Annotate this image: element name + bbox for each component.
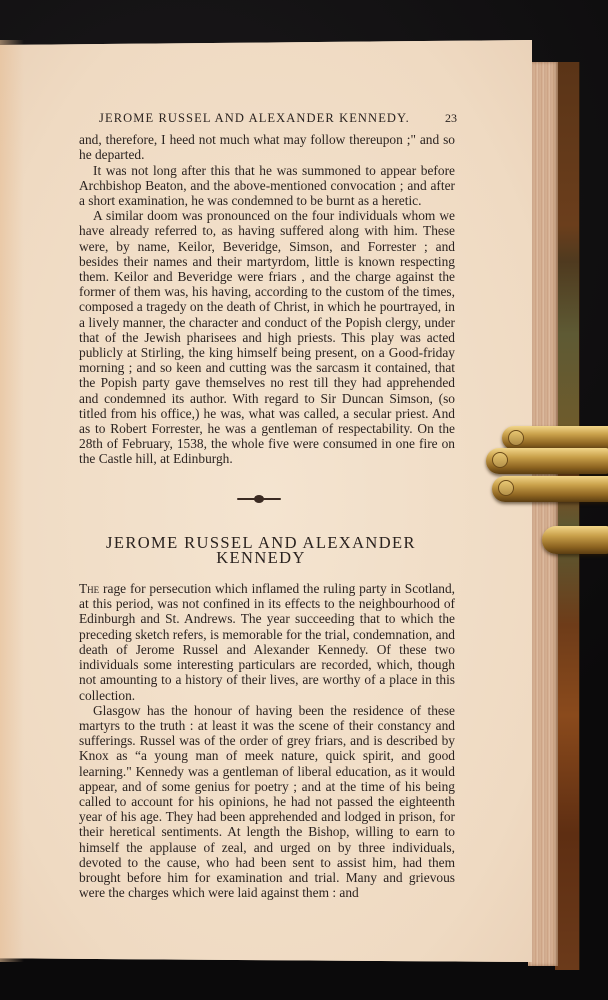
brass-hand-clip-icon [484, 418, 608, 560]
paragraph: and, therefore, I heed not much what may… [79, 132, 455, 162]
running-head: Jerome Russel and Alexander Kennedy. 23 [99, 111, 457, 126]
section-title: Jerome Russel and Alexander Kennedy [67, 535, 455, 565]
paragraph: A similar doom was pronounced on the fou… [79, 208, 455, 466]
paragraph: The rage for persecution which inflamed … [79, 581, 455, 703]
paragraph: Glasgow has the honour of having been th… [79, 703, 455, 901]
drop-word: The [79, 581, 99, 596]
paragraph: It was not long after this that he was s… [79, 163, 455, 209]
gutter-shadow [0, 40, 24, 962]
paragraph-body: rage for persecution which inflamed the … [79, 581, 455, 702]
running-head-title: Jerome Russel and Alexander Kennedy. [99, 111, 410, 126]
page-number: 23 [445, 111, 457, 126]
page-text: Jerome Russel and Alexander Kennedy. 23 … [79, 111, 455, 900]
ornament-divider-icon [237, 497, 281, 501]
